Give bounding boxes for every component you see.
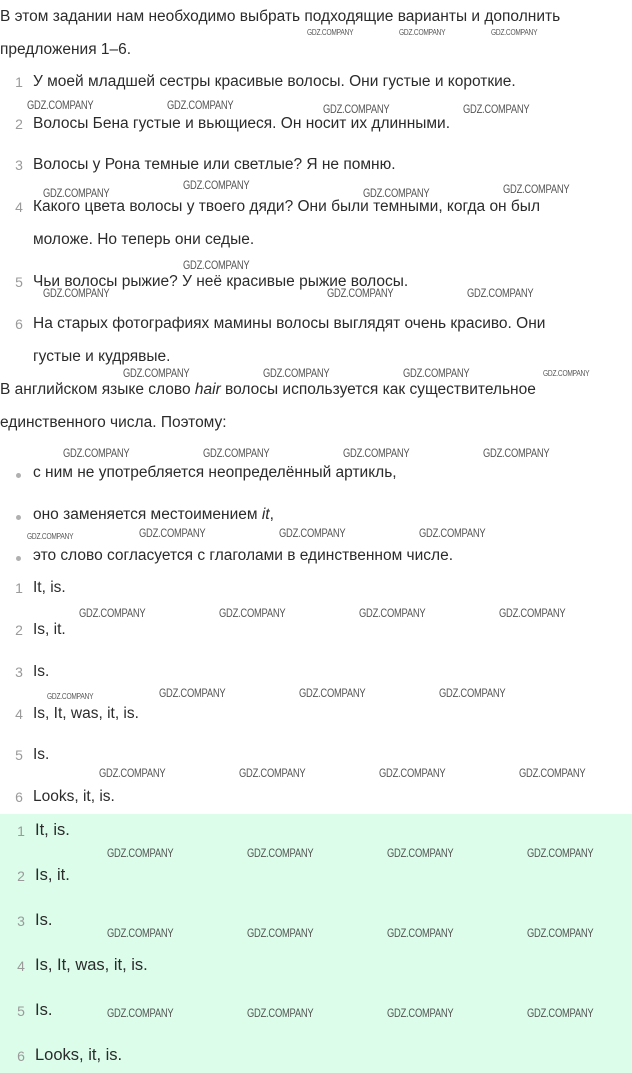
answer-text: Is, it. [33, 620, 66, 640]
watermark: GDZ.COMPANY [123, 366, 189, 380]
watermark: GDZ.COMPANY [203, 446, 269, 460]
answer-text: It, is. [33, 578, 66, 598]
answer-text: Is, It, was, it, is. [35, 955, 148, 975]
item-number: 2 [14, 620, 24, 640]
sentence-text: Чьи волосы рыжие? У неё красивые рыжие в… [33, 272, 408, 292]
watermark: GDZ.COMPANY [503, 182, 569, 196]
watermark: GDZ.COMPANY [439, 686, 505, 700]
explanation-term: hair [195, 381, 221, 398]
rule-text-part: оно заменяется местоимением [33, 506, 262, 523]
item-number: 6 [14, 314, 24, 334]
item-number: 5 [14, 272, 24, 292]
watermark: GDZ.COMPANY [419, 526, 485, 540]
rule-text: это слово согласуется с глаголами в един… [33, 546, 453, 566]
bullet-icon [16, 556, 21, 561]
item-number: 4 [14, 197, 24, 217]
watermark: GDZ.COMPANY [279, 526, 345, 540]
sentence-text-cont: густые и кудрявые. [33, 347, 171, 367]
watermark: GDZ.COMPANY [299, 686, 365, 700]
sentence-text: Волосы Бена густые и вьющиеся. Он носит … [33, 114, 450, 134]
watermark: GDZ.COMPANY [379, 766, 445, 780]
watermark: GDZ.COMPANY [483, 446, 549, 460]
answer-text: Is, it. [35, 865, 70, 885]
answer-text: Is, It, was, it, is. [33, 704, 139, 724]
rule-text: с ним не употребляется неопределённый ар… [33, 463, 397, 483]
answer-text: Is. [35, 910, 52, 930]
answer-text: Is. [33, 745, 49, 765]
watermark: GDZ.COMPANY [307, 27, 353, 37]
watermark: GDZ.COMPANY [467, 286, 533, 300]
watermark: GDZ.COMPANY [219, 606, 285, 620]
item-number: 2 [14, 114, 24, 134]
rule-term: it [262, 506, 270, 523]
sentence-text: Какого цвета волосы у твоего дяди? Они б… [33, 197, 540, 217]
watermark: GDZ.COMPANY [47, 691, 93, 701]
sentence-text: Волосы у Рона темные или светлые? Я не п… [33, 155, 396, 175]
item-number: 4 [16, 956, 26, 976]
rule-text-part: , [270, 506, 274, 523]
watermark: GDZ.COMPANY [543, 368, 589, 378]
watermark: GDZ.COMPANY [159, 686, 225, 700]
watermark: GDZ.COMPANY [167, 98, 233, 112]
item-number: 6 [14, 787, 24, 807]
watermark: GDZ.COMPANY [519, 766, 585, 780]
answer-text: Is. [33, 662, 49, 682]
sentence-text: На старых фотографиях мамины волосы выгл… [33, 314, 545, 334]
sentence-text-cont: моложе. Но теперь они седые. [33, 230, 254, 250]
watermark: GDZ.COMPANY [399, 27, 445, 37]
item-number: 6 [16, 1046, 26, 1066]
sentence-text: У моей младшей сестры красивые волосы. О… [33, 72, 516, 92]
watermark: GDZ.COMPANY [27, 531, 73, 541]
watermark: GDZ.COMPANY [263, 366, 329, 380]
item-number: 2 [16, 866, 26, 886]
watermark: GDZ.COMPANY [99, 766, 165, 780]
explanation-line-1: В английском языке слово hair волосы исп… [0, 380, 536, 400]
watermark: GDZ.COMPANY [27, 98, 93, 112]
bullet-icon [16, 473, 21, 478]
answer-text: Looks, it, is. [35, 1045, 122, 1065]
item-number: 1 [14, 72, 24, 92]
watermark: GDZ.COMPANY [239, 766, 305, 780]
watermark: GDZ.COMPANY [139, 526, 205, 540]
watermark: GDZ.COMPANY [403, 366, 469, 380]
watermark: GDZ.COMPANY [183, 258, 249, 272]
watermark: GDZ.COMPANY [79, 606, 145, 620]
watermark: GDZ.COMPANY [63, 446, 129, 460]
answer-text: It, is. [35, 820, 70, 840]
watermark: GDZ.COMPANY [183, 178, 249, 192]
watermark: GDZ.COMPANY [343, 446, 409, 460]
item-number: 3 [14, 155, 24, 175]
item-number: 3 [16, 911, 26, 931]
intro-line-2: предложения 1–6. [0, 40, 131, 60]
watermark: GDZ.COMPANY [359, 606, 425, 620]
intro-line-1: В этом задании нам необходимо выбрать по… [0, 7, 560, 27]
item-number: 4 [14, 704, 24, 724]
highlighted-answers-box: 1It, is. 2Is, it. 3Is. 4Is, It, was, it,… [0, 814, 632, 1073]
explanation-line-2: единственного числа. Поэтому: [0, 413, 227, 433]
watermark: GDZ.COMPANY [463, 102, 529, 116]
watermark: GDZ.COMPANY [499, 606, 565, 620]
item-number: 5 [16, 1001, 26, 1021]
item-number: 1 [16, 821, 26, 841]
item-number: 5 [14, 745, 24, 765]
answer-text: Is. [35, 1000, 52, 1020]
explanation-text: волосы используется как существительное [221, 381, 536, 398]
rule-text: оно заменяется местоимением it, [33, 505, 274, 525]
explanation-text: В английском языке слово [0, 381, 195, 398]
item-number: 3 [14, 662, 24, 682]
item-number: 1 [14, 578, 24, 598]
bullet-icon [16, 515, 21, 520]
answer-text: Looks, it, is. [33, 787, 115, 807]
watermark: GDZ.COMPANY [491, 27, 537, 37]
